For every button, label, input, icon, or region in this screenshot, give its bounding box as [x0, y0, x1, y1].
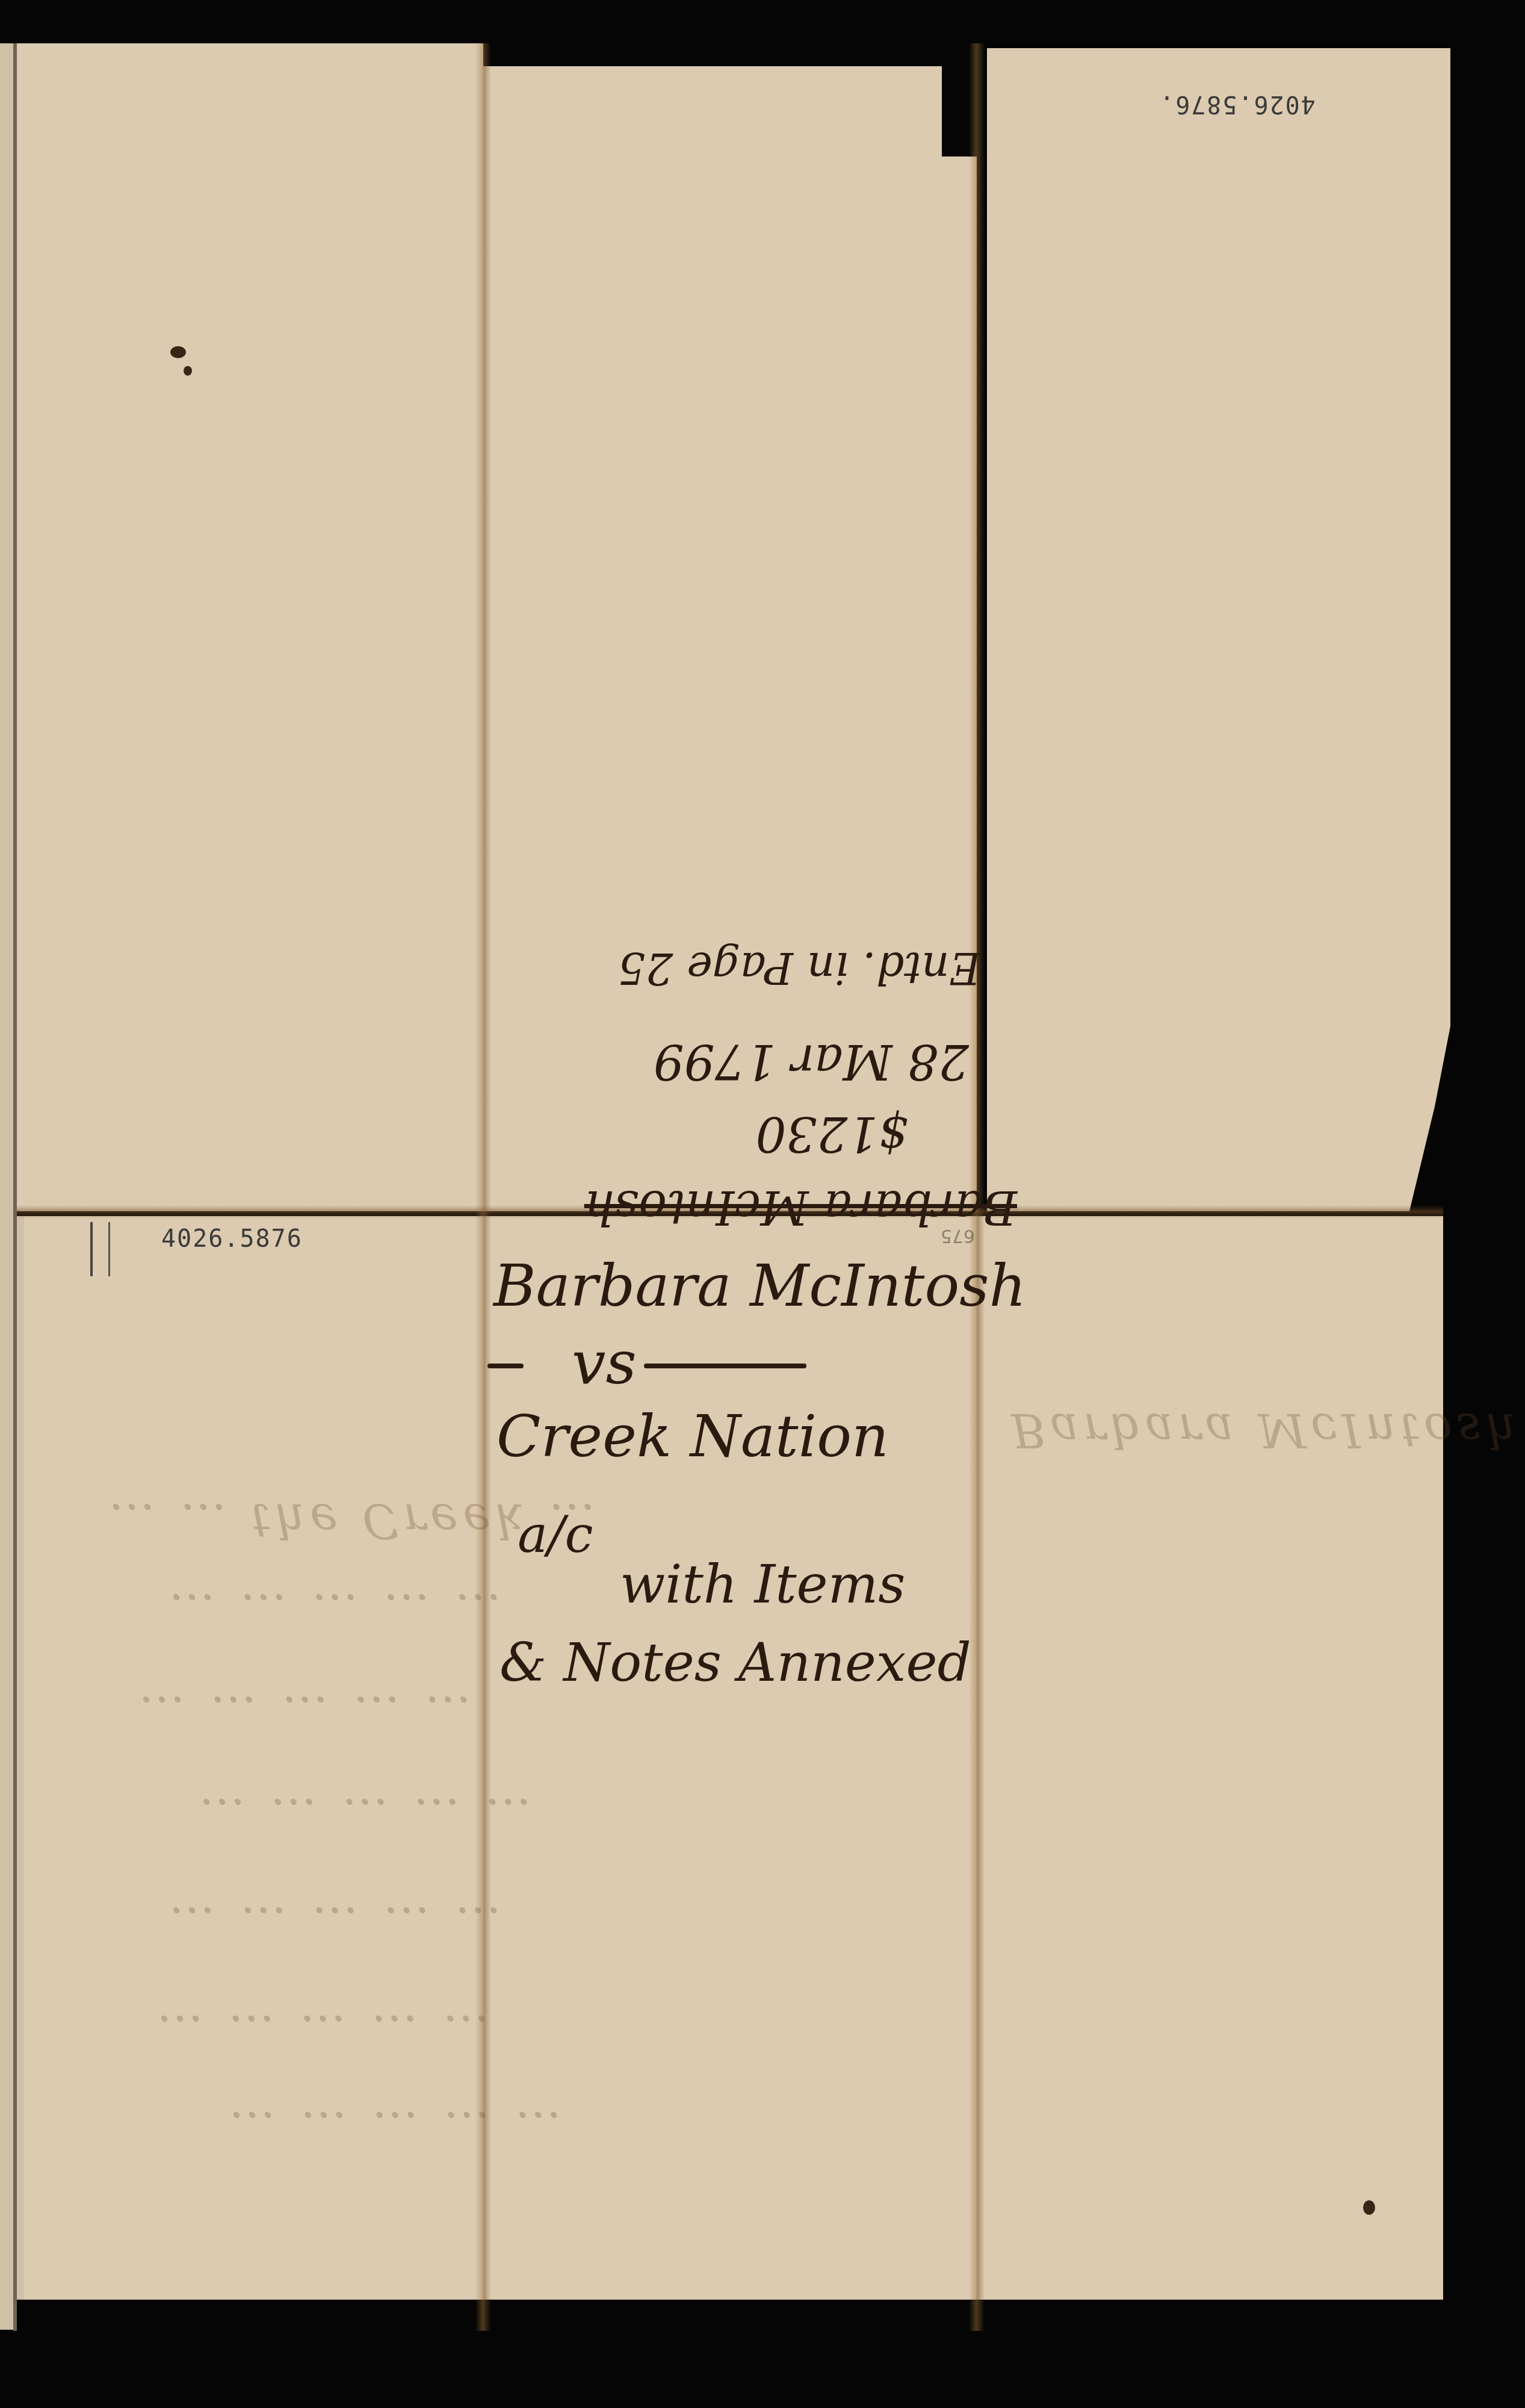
bleed-through-text: Barbara McIntosh … … the Creek … … … … …… — [48, 1403, 1432, 2306]
pencil-tick-marks-2 — [108, 1222, 110, 1276]
top-margin — [0, 0, 1525, 43]
bleed-line: … … … … … — [138, 1686, 476, 1740]
docket-line-name: Barbara McIntosh — [493, 1252, 1026, 1320]
inverted-docket-date: 28 Mar 1799 — [654, 1034, 969, 1090]
bleed-line: … … … … … — [156, 2005, 494, 2059]
paper-panel-top-left — [17, 43, 483, 1211]
bleed-line: … … the Creek … — [108, 1493, 600, 1547]
inverted-docket-entry: Entd. in Page 25 — [618, 943, 981, 993]
inverted-docket: Entd. in Page 25 28 Mar 1799 $1230 Barba… — [560, 903, 981, 1210]
bleed-line: … … … … … — [229, 2101, 566, 2155]
catalog-number-inverted: 4026.5876. — [1158, 90, 1316, 118]
bleed-line: Barbara McIntosh — [1011, 1403, 1521, 1457]
bleed-line: … … … … … — [199, 1788, 536, 1842]
paper-panel-top-right — [987, 48, 1450, 1211]
inverted-docket-amount: $1230 — [756, 1106, 909, 1162]
right-margin — [1450, 0, 1525, 2408]
paper-bottom-left-fill — [0, 1216, 24, 2300]
ink-blot-2 — [184, 366, 192, 376]
bleed-line: … … … … … — [169, 1896, 506, 1950]
bottom-margin — [0, 2330, 1525, 2408]
left-edge-shadow — [13, 43, 17, 2331]
ink-blot-1 — [170, 346, 186, 358]
docket-line-vs: vs — [572, 1327, 637, 1398]
catalog-number: 4026.5876 — [161, 1225, 303, 1253]
docket-rule-left — [487, 1364, 524, 1368]
bleed-line: … … … … … — [169, 1583, 506, 1637]
docket-rule-right — [644, 1364, 806, 1368]
pencil-tick-marks — [90, 1222, 93, 1276]
